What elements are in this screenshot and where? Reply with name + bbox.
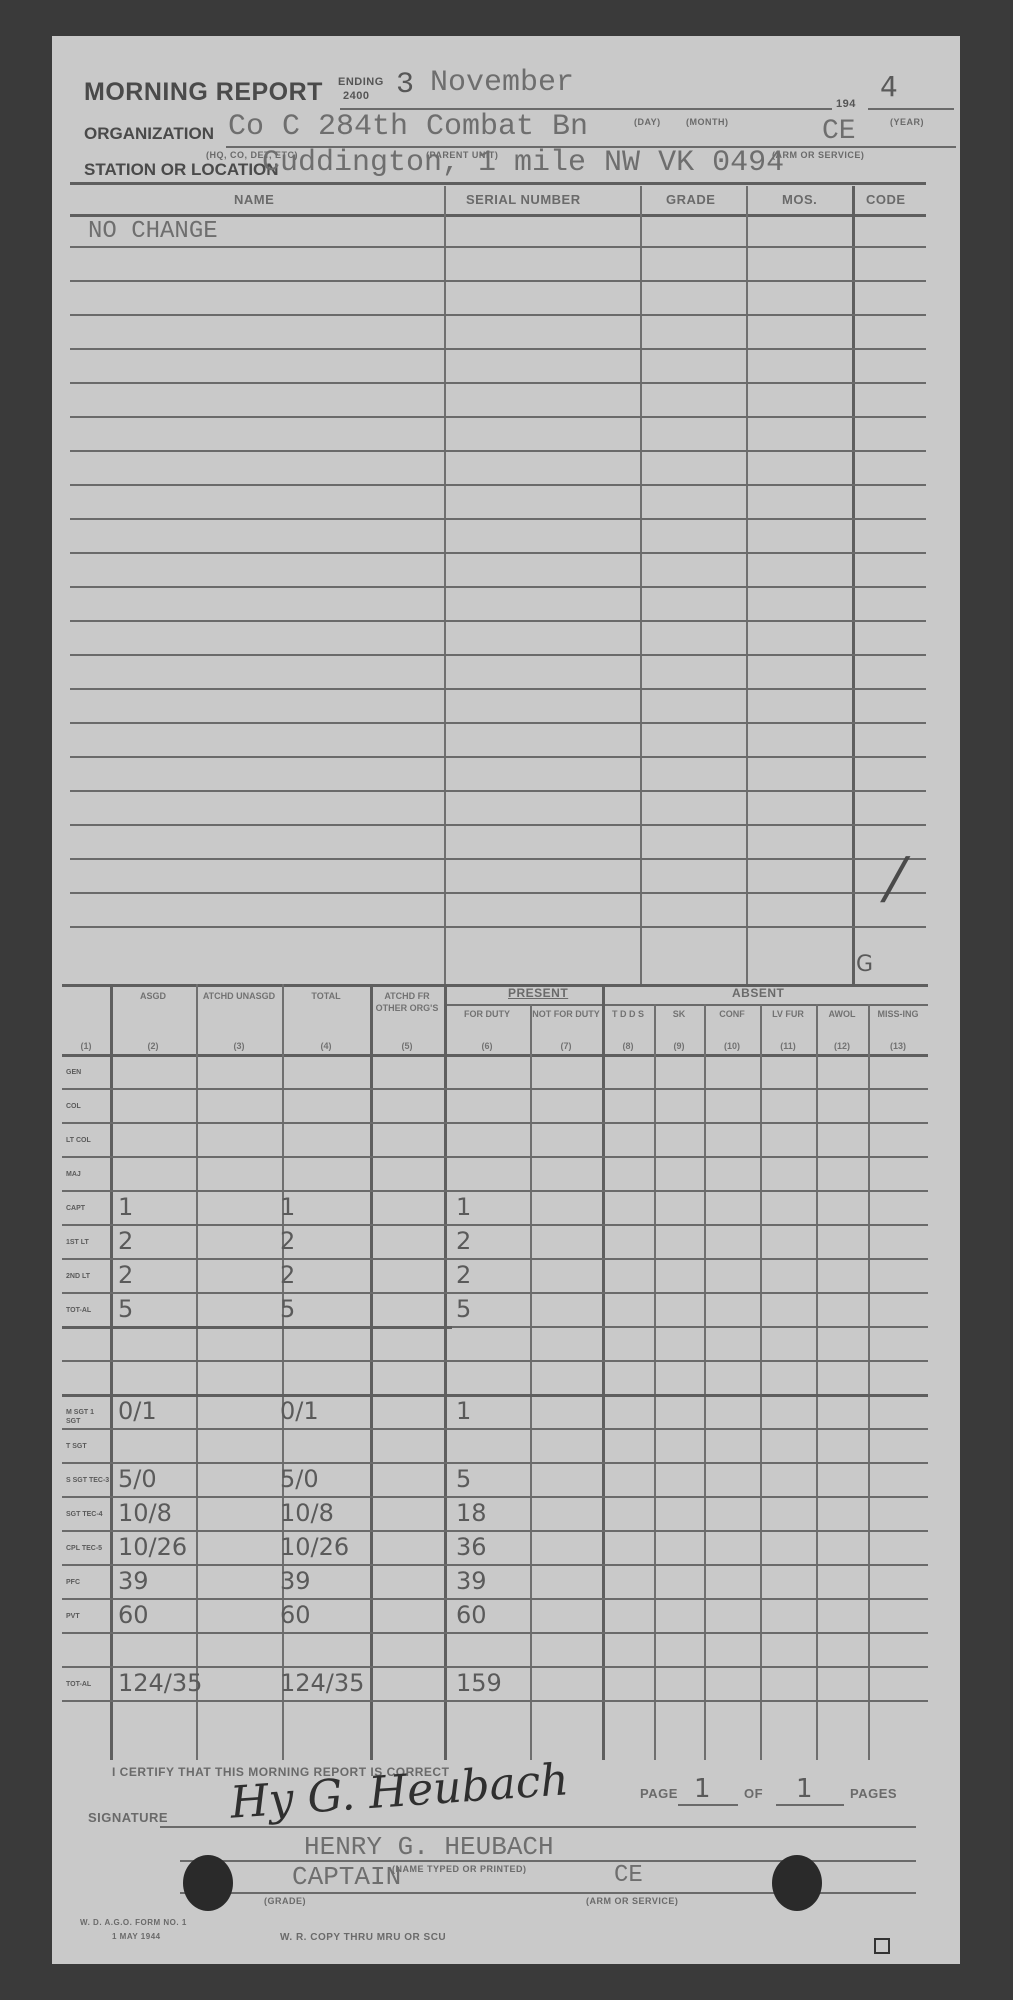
form-date: 1 MAY 1944 — [112, 1932, 161, 1941]
table-col-rule — [816, 1004, 818, 1760]
cell-asgd: 124/35 — [118, 1670, 202, 1696]
table-col-rule — [704, 1004, 706, 1760]
table-col-rule — [444, 984, 447, 1760]
table-col-rule — [654, 1004, 656, 1760]
table-row-rule — [62, 1462, 928, 1464]
strength-row-label: SGT TEC-4 — [66, 1510, 110, 1519]
group-present: PRESENT — [508, 986, 568, 1000]
cell-for-duty: 2 — [456, 1228, 471, 1254]
roster-rule — [70, 450, 926, 452]
cell-asgd: 2 — [118, 1262, 133, 1288]
year-prefix: 194 — [836, 98, 856, 110]
grade-caption: (GRADE) — [264, 1896, 306, 1906]
table-row-rule — [62, 1292, 928, 1294]
pages-label: PAGES — [850, 1786, 897, 1801]
col-code: CODE — [866, 192, 906, 207]
roster-rule — [70, 348, 926, 350]
cell-total: 5/0 — [280, 1466, 319, 1492]
strength-col-number: (10) — [704, 1040, 760, 1052]
strength-row-label: TOT-AL — [66, 1306, 110, 1315]
strength-row-label: CAPT — [66, 1204, 110, 1213]
cell-asgd: 5/0 — [118, 1466, 157, 1492]
page-number: 1 — [694, 1774, 711, 1804]
table-row-rule — [62, 1394, 928, 1397]
strength-row-label: 1ST LT — [66, 1238, 110, 1247]
arm-service-value: CE — [614, 1862, 643, 1889]
organization-value: Co C 284th Combat Bn — [228, 110, 588, 144]
roster-rule — [70, 586, 926, 588]
strength-col-header: MISS-ING — [868, 1008, 928, 1020]
table-row-rule — [62, 1428, 928, 1430]
strength-col-number: (7) — [530, 1040, 602, 1052]
strength-col-number: (5) — [370, 1040, 444, 1052]
cell-for-duty: 159 — [456, 1670, 502, 1696]
day-caption: (DAY) — [634, 117, 661, 127]
strength-row-label: T SGT — [66, 1442, 110, 1451]
table-col-rule — [370, 984, 373, 1760]
strength-row-label: PFC — [66, 1578, 110, 1587]
cell-total: 2 — [280, 1262, 295, 1288]
table-col-rule — [530, 1004, 532, 1760]
strength-row-label: S SGT TEC-3 — [66, 1476, 110, 1485]
report-month: November — [430, 66, 574, 100]
roster-rule — [70, 654, 926, 656]
cell-asgd: 10/26 — [118, 1534, 187, 1560]
margin-mark-g: G — [856, 952, 873, 977]
strength-col-header: NOT FOR DUTY — [530, 1008, 602, 1020]
roster-rule — [70, 722, 926, 724]
report-day: 3 — [396, 68, 414, 102]
table-row-rule — [62, 1190, 928, 1192]
cell-for-duty: 1 — [456, 1398, 471, 1424]
roster-rule — [70, 416, 926, 418]
punch-hole-right — [772, 1855, 822, 1911]
strength-row-label: TOT-AL — [66, 1680, 110, 1689]
cell-asgd: 5 — [118, 1296, 133, 1322]
cell-for-duty: 39 — [456, 1568, 487, 1594]
form-title: MORNING REPORT — [84, 78, 323, 107]
strength-col-number: (2) — [110, 1040, 196, 1052]
signature-label: SIGNATURE — [88, 1810, 168, 1825]
strength-col-header: ATCHD UNASGD — [196, 990, 282, 1002]
table-row-rule — [62, 1632, 928, 1634]
roster-rule — [70, 790, 926, 792]
strength-col-header: ASGD — [110, 990, 196, 1002]
col-name: NAME — [234, 192, 274, 207]
roster-rule — [70, 756, 926, 758]
arm-value: CE — [822, 116, 856, 147]
arm-caption: (ARM OR SERVICE) — [772, 150, 864, 160]
table-row-rule — [62, 1700, 928, 1702]
cell-asgd: 0/1 — [118, 1398, 157, 1424]
name-typed: HENRY G. HEUBACH — [304, 1832, 554, 1862]
roster-rule — [70, 280, 926, 282]
cell-for-duty: 18 — [456, 1500, 487, 1526]
table-row-rule — [62, 1666, 928, 1668]
total-pages: 1 — [796, 1774, 813, 1804]
strength-row-label: CPL TEC-5 — [66, 1544, 110, 1553]
table-row-rule — [62, 1496, 928, 1498]
roster-rule — [70, 926, 926, 928]
roster-rule — [70, 858, 926, 860]
strength-col-header: T D D S — [602, 1008, 654, 1020]
strength-row-label: M SGT 1 SGT — [66, 1408, 110, 1426]
roster-rule — [70, 892, 926, 894]
station-label: STATION OR LOCATION — [84, 160, 279, 180]
punch-hole-left — [183, 1855, 233, 1911]
col-grade: GRADE — [666, 192, 715, 207]
table-col-rule — [110, 984, 113, 1760]
strength-col-number: (13) — [868, 1040, 928, 1052]
strength-row-label: MAJ — [66, 1170, 110, 1179]
strength-col-header: LV FUR — [760, 1008, 816, 1020]
strength-col-number: (12) — [816, 1040, 868, 1052]
page-label: PAGE — [640, 1786, 678, 1801]
cell-total: 10/26 — [280, 1534, 349, 1560]
year-caption: (YEAR) — [890, 117, 924, 127]
cell-total: 60 — [280, 1602, 311, 1628]
table-row-rule — [62, 1156, 928, 1158]
organization-label: ORGANIZATION — [84, 124, 214, 144]
cell-total: 124/35 — [280, 1670, 364, 1696]
roster-entry: NO CHANGE — [88, 218, 218, 245]
roster-rule — [70, 688, 926, 690]
table-row-rule — [62, 1598, 928, 1600]
cell-asgd: 60 — [118, 1602, 149, 1628]
ending-label: ENDING — [338, 76, 384, 88]
col-serial-number: SERIAL NUMBER — [466, 192, 581, 207]
ending-time: 2400 — [343, 90, 369, 102]
table-row-rule — [62, 1530, 928, 1532]
strength-row-label: 2ND LT — [66, 1272, 110, 1281]
strength-col-header: ATCHD FR OTHER ORG'S — [370, 990, 444, 1014]
strength-col-header: TOTAL — [282, 990, 370, 1002]
strength-row-label: PVT — [66, 1612, 110, 1621]
cell-total: 0/1 — [280, 1398, 319, 1424]
strength-row-label: COL — [66, 1102, 110, 1111]
strength-row-label: LT COL — [66, 1136, 110, 1145]
cell-total: 39 — [280, 1568, 311, 1594]
cell-total: 1 — [280, 1194, 295, 1220]
cell-for-duty: 2 — [456, 1262, 471, 1288]
grade-value: CAPTAIN — [292, 1862, 401, 1892]
table-row-rule — [62, 1258, 928, 1260]
group-absent: ABSENT — [732, 986, 784, 1000]
table-row-rule — [62, 1224, 928, 1226]
roster-rule — [70, 824, 926, 826]
cell-for-duty: 36 — [456, 1534, 487, 1560]
arm-service-caption: (ARM OR SERVICE) — [586, 1896, 678, 1906]
roster-rule — [70, 484, 926, 486]
strength-col-number: (4) — [282, 1040, 370, 1052]
strength-col-header: FOR DUTY — [444, 1008, 530, 1020]
corner-mark — [874, 1938, 890, 1954]
cell-total: 10/8 — [280, 1500, 334, 1526]
strength-col-number: (6) — [444, 1040, 530, 1052]
roster-rule — [70, 518, 926, 520]
cell-asgd: 2 — [118, 1228, 133, 1254]
strength-col-header: CONF — [704, 1008, 760, 1020]
strength-col-number: (8) — [602, 1040, 654, 1052]
cell-asgd: 39 — [118, 1568, 149, 1594]
strength-col-number: (3) — [196, 1040, 282, 1052]
of-label: OF — [744, 1786, 763, 1801]
officer-total-rule — [62, 1326, 452, 1329]
cell-total: 2 — [280, 1228, 295, 1254]
roster-rule — [70, 314, 926, 316]
strength-col-header: SK — [654, 1008, 704, 1020]
month-caption: (MONTH) — [686, 117, 729, 127]
strength-col-number: (11) — [760, 1040, 816, 1052]
cell-for-duty: 1 — [456, 1194, 471, 1220]
strength-col-number: (9) — [654, 1040, 704, 1052]
table-row-rule — [62, 1360, 928, 1362]
table-row-rule — [62, 1122, 928, 1124]
table-col-rule — [602, 984, 605, 1760]
cell-asgd: 1 — [118, 1194, 133, 1220]
roster-rule — [70, 382, 926, 384]
form-number: W. D. A.G.O. FORM NO. 1 — [80, 1918, 187, 1927]
roster-rule — [70, 552, 926, 554]
cell-for-duty: 60 — [456, 1602, 487, 1628]
table-col-rule — [282, 984, 284, 1760]
roster-rule — [70, 246, 926, 248]
strength-col-header: AWOL — [816, 1008, 868, 1020]
year-digit: 4 — [880, 70, 898, 103]
table-col-rule — [868, 1004, 870, 1760]
roster-rule — [70, 620, 926, 622]
strength-col-number: (1) — [62, 1040, 110, 1052]
cell-for-duty: 5 — [456, 1296, 471, 1322]
cell-asgd: 10/8 — [118, 1500, 172, 1526]
name-caption: (NAME TYPED OR PRINTED) — [392, 1864, 527, 1874]
station-value: Cuddington, 1 mile NW VK 0494 — [262, 146, 784, 180]
table-col-rule — [196, 984, 198, 1760]
table-row-rule — [62, 1564, 928, 1566]
table-col-rule — [760, 1004, 762, 1760]
cell-for-duty: 5 — [456, 1466, 471, 1492]
col-mos: MOS. — [782, 192, 817, 207]
cell-total: 5 — [280, 1296, 295, 1322]
strength-row-label: GEN — [66, 1068, 110, 1077]
copy-note: W. R. COPY THRU MRU OR SCU — [280, 1932, 446, 1943]
table-row-rule — [62, 1088, 928, 1090]
